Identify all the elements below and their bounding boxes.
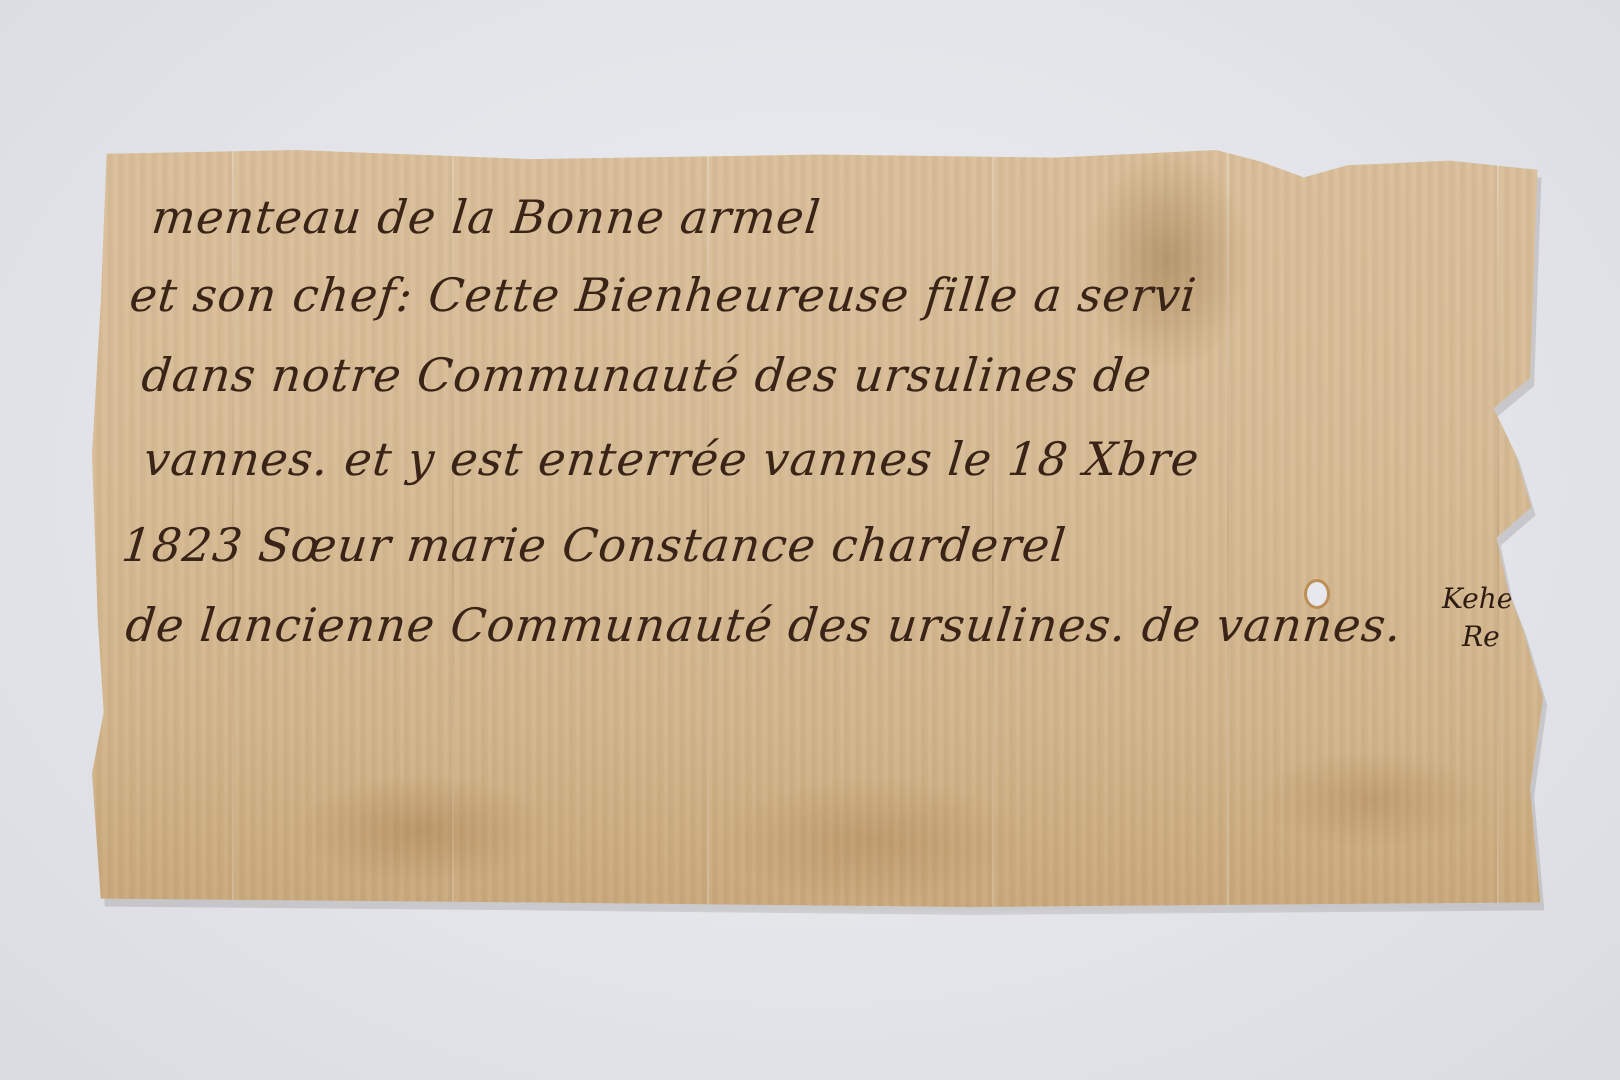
manuscript-line-4: vannes. et y est enterrée vannes le 18 X… xyxy=(141,432,1202,486)
manuscript-line-1: menteau de la Bonne armel xyxy=(149,190,823,244)
paper-fold xyxy=(1497,150,1499,910)
manuscript-line-5: 1823 Sœur marie Constance charderel xyxy=(119,518,1069,572)
manuscript-paper: menteau de la Bonne armel et son chef: C… xyxy=(92,150,1552,910)
manuscript-line-6: de lancienne Communauté des ursulines. d… xyxy=(123,598,1405,652)
manuscript-line-3: dans notre Communauté des ursulines de xyxy=(139,348,1155,402)
margin-note-name: Keheun xyxy=(1442,582,1549,615)
margin-note-abbrev: Re xyxy=(1462,620,1500,653)
manuscript-line-2: et son chef: Cette Bienheureuse fille a … xyxy=(127,268,1199,322)
paper-fold xyxy=(1227,150,1229,910)
